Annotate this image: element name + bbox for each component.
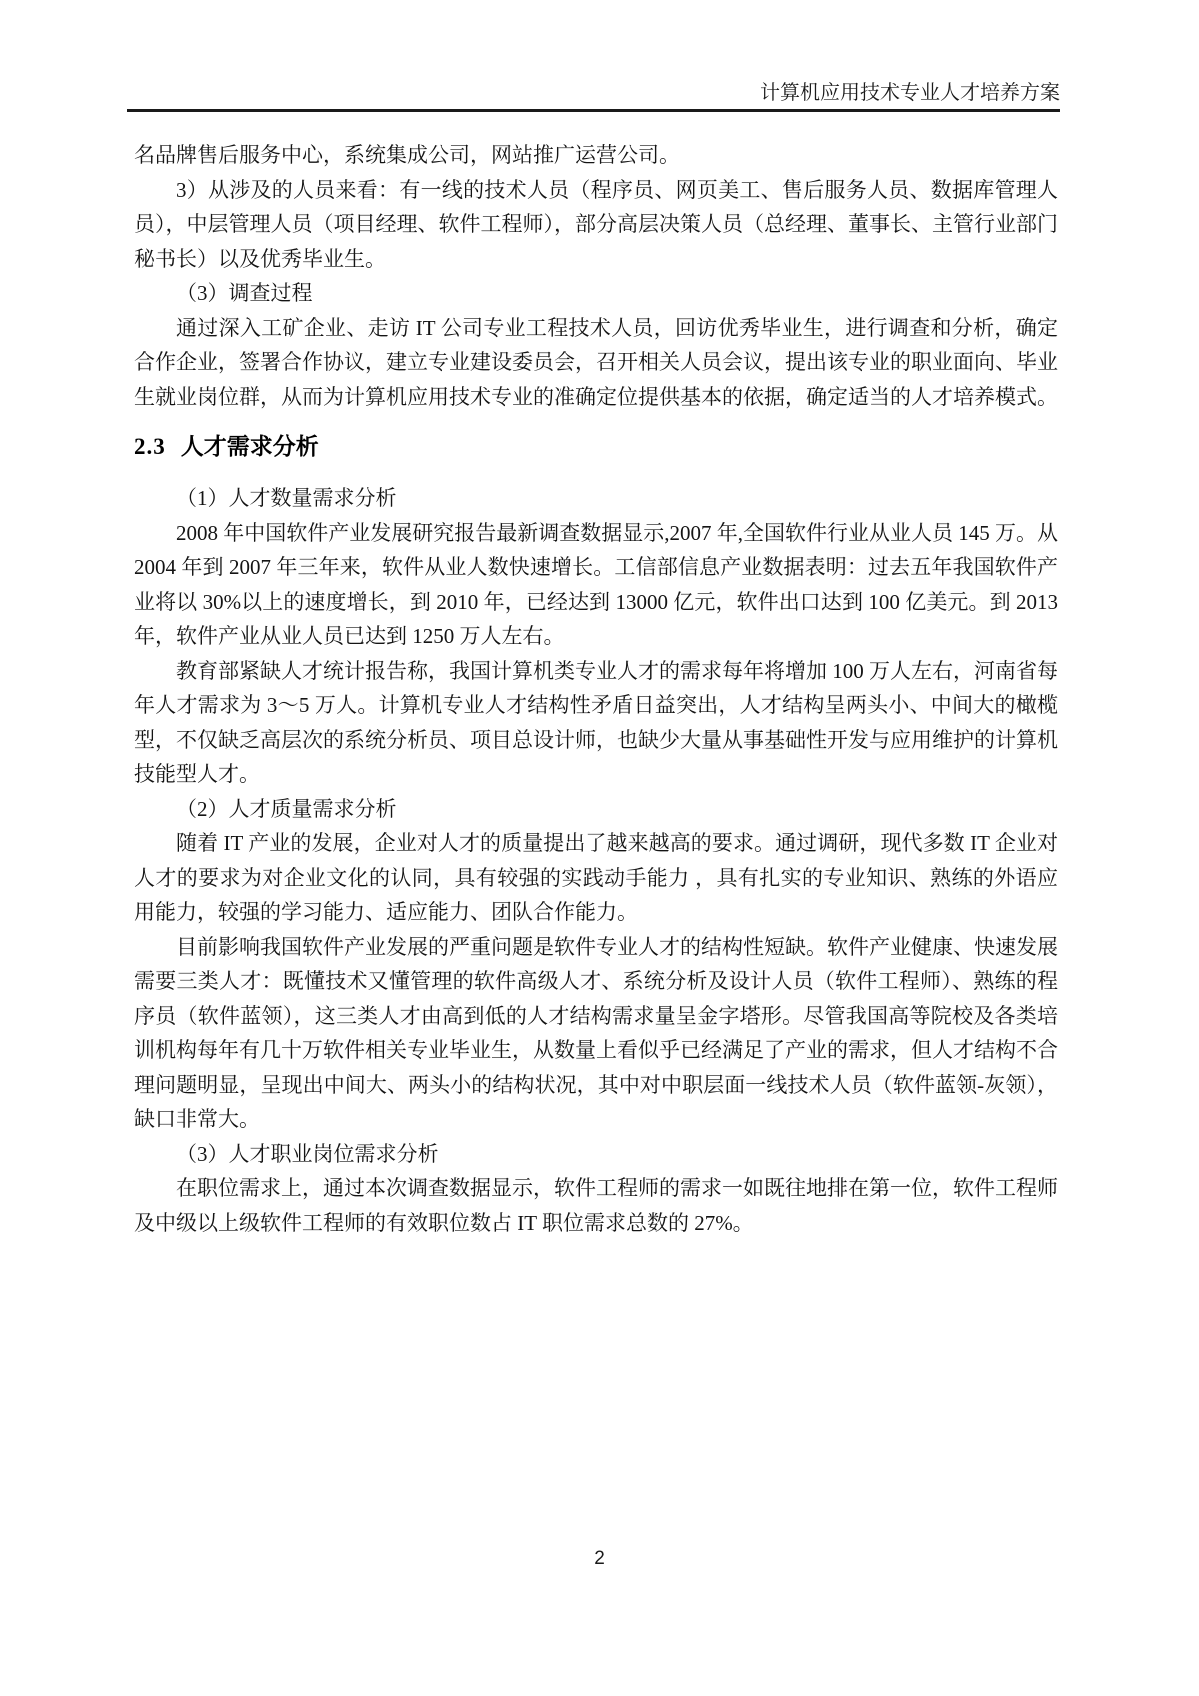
paragraph-position-demand: 在职位需求上，通过本次调查数据显示，软件工程师的需求一如既往地排在第一位，软件工… [134,1171,1058,1240]
subheading-quality-demand: （2）人才质量需求分析 [134,792,1058,827]
header-title: 计算机应用技术专业人才培养方案 [760,82,1060,104]
document-page: 计算机应用技术专业人才培养方案 名品牌售后服务中心，系统集成公司，网站推广运营公… [0,0,1199,1696]
paragraph-company-types: 名品牌售后服务中心，系统集成公司，网站推广运营公司。 [134,138,1058,173]
subheading-quantity-demand: （1）人才数量需求分析 [134,481,1058,516]
page-header: 计算机应用技术专业人才培养方案 [127,81,1060,112]
page-number: 2 [594,1548,605,1569]
page-footer: 2 [0,1547,1199,1571]
paragraph-structural-shortage: 目前影响我国软件产业发展的严重问题是软件专业人才的结构性短缺。软件产业健康、快速… [134,930,1058,1137]
paragraph-quality-requirements: 随着 IT 产业的发展，企业对人才的质量提出了越来越高的要求。通过调研，现代多数… [134,826,1058,930]
paragraph-industry-statistics: 2008 年中国软件产业发展研究报告最新调查数据显示,2007 年,全国软件行业… [134,516,1058,654]
paragraph-moe-report: 教育部紧缺人才统计报告称，我国计算机类专业人才的需求每年将增加 100 万人左右… [134,654,1058,792]
paragraph-survey-process: 通过深入工矿企业、走访 IT 公司专业工程技术人员，回访优秀毕业生，进行调查和分… [134,311,1058,415]
section-heading: 2.3人才需求分析 [134,432,1058,462]
section-heading-number: 2.3 [134,434,166,459]
paragraph-personnel-involved: 3）从涉及的人员来看：有一线的技术人员（程序员、网页美工、售后服务人员、数据库管… [134,173,1058,277]
subheading-survey-process: （3）调查过程 [134,276,1058,311]
document-body: 名品牌售后服务中心，系统集成公司，网站推广运营公司。 3）从涉及的人员来看：有一… [134,138,1058,1240]
subheading-job-position-demand: （3）人才职业岗位需求分析 [134,1137,1058,1172]
section-heading-text: 人才需求分析 [181,434,319,459]
